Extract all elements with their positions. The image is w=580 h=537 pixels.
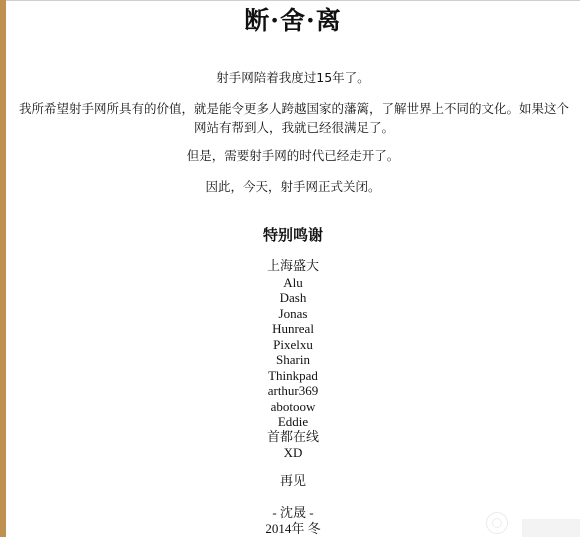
thanks-heading: 特别鸣谢 (6, 225, 580, 245)
thanks-name: 上海盛大 (6, 259, 580, 275)
thanks-name: arthur369 (6, 383, 580, 399)
goodbye-text: 再见 (6, 474, 580, 490)
thanks-name: Hunreal (6, 321, 580, 337)
thanks-name: 首都在线 (6, 430, 580, 446)
thanks-list: 上海盛大 Alu Dash Jonas Hunreal Pixelxu Shar… (6, 259, 580, 461)
thanks-name: abotoow (6, 399, 580, 415)
thanks-name: Jonas (6, 306, 580, 322)
page-title: 断·舍·离 (6, 4, 580, 38)
paragraph-2: 我所希望射手网所具有的价值，就是能令更多人跨越国家的藩篱，了解世界上不同的文化。… (14, 99, 574, 137)
paragraph-3: 但是，需要射手网的时代已经走开了。 (6, 146, 580, 165)
thanks-name: XD (6, 445, 580, 461)
watermark-logo-icon (486, 512, 508, 534)
thanks-name: Eddie (6, 414, 580, 430)
paragraph-4: 因此，今天，射手网正式关闭。 (6, 177, 580, 196)
thanks-name: Sharin (6, 352, 580, 368)
watermark-box (522, 519, 580, 537)
thanks-name: Dash (6, 290, 580, 306)
thanks-name: Alu (6, 275, 580, 291)
paragraph-1: 射手网陪着我度过15年了。 (6, 68, 580, 87)
top-border (6, 0, 580, 1)
thanks-name: Thinkpad (6, 368, 580, 384)
thanks-name: Pixelxu (6, 337, 580, 353)
